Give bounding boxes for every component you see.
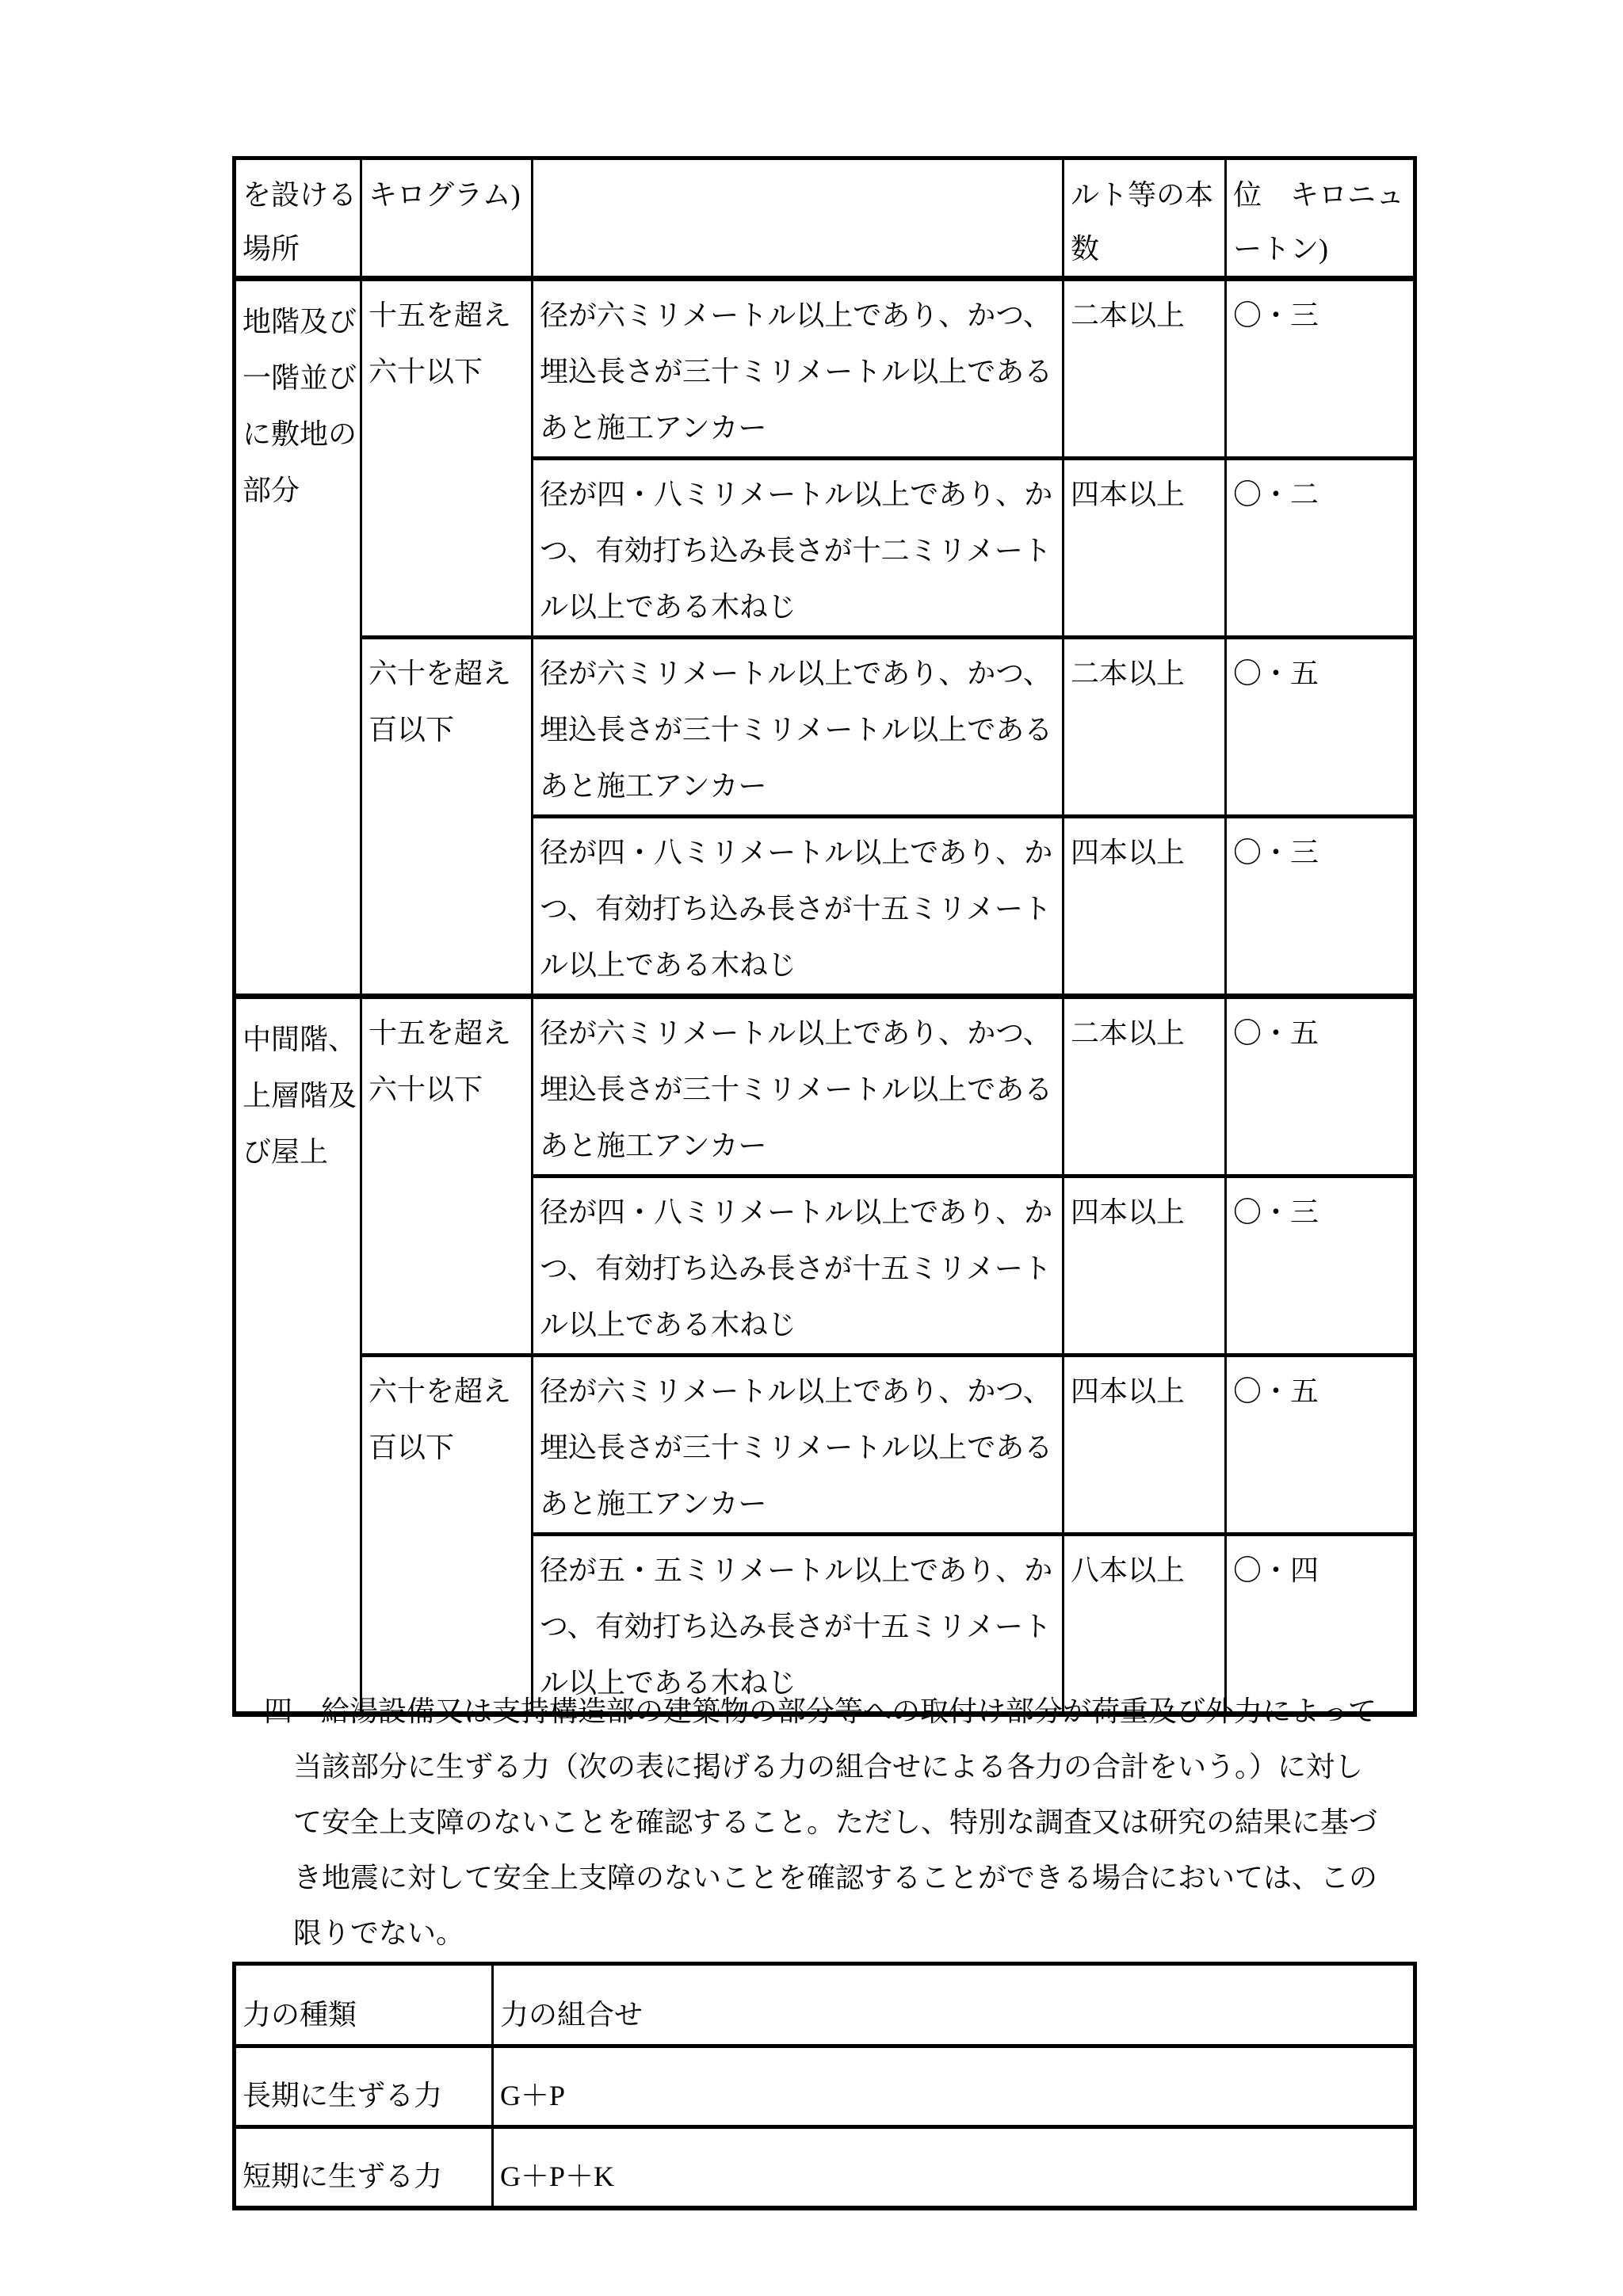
table-row: 短期に生ずる力 G＋P＋K <box>235 2127 1415 2208</box>
table-row: 中間階、 上層階及 び屋上 十五を超え 六十以下 径が六ミリメートル以上であり、… <box>235 997 1415 1177</box>
fixing-cell: 径が六ミリメートル以上であり、かつ、 埋込長さが三十ミリメートル以上である あと… <box>533 638 1064 817</box>
table-row: 六十を超え 百以下 径が六ミリメートル以上であり、かつ、 埋込長さが三十ミリメー… <box>235 638 1415 817</box>
item-4-paragraph: 四 給湯設備又は支持構造部の建築物の部分等への取付け部分が荷重及び外力によって … <box>264 1684 1429 1961</box>
header-mass: キログラム) <box>361 158 533 279</box>
table-row: 六十を超え 百以下 径が六ミリメートル以上であり、かつ、 埋込長さが三十ミリメー… <box>235 1356 1415 1535</box>
force-type-cell: 長期に生ずる力 <box>235 2046 493 2127</box>
fixing-cell: 径が四・八ミリメートル以上であり、か つ、有効打ち込み長さが十二ミリメート ル以… <box>533 459 1064 638</box>
header-force-type: 力の種類 <box>235 1964 493 2046</box>
force-combination-cell: G＋P＋K <box>493 2127 1415 2208</box>
bolt-count-cell: 四本以上 <box>1064 1356 1226 1535</box>
mass-cell: 十五を超え 六十以下 <box>361 997 533 1356</box>
table-row: 地階及び 一階並び に敷地の 部分 十五を超え 六十以下 径が六ミリメートル以上… <box>235 279 1415 459</box>
anchor-spec-table: を設ける 場所 キログラム) ルト等の本 数 位 キロニュ ートン) 地階及び … <box>232 156 1417 1717</box>
anchor-spec-header-row: を設ける 場所 キログラム) ルト等の本 数 位 キロニュ ートン) <box>235 158 1415 279</box>
bolt-count-cell: 四本以上 <box>1064 1177 1226 1356</box>
strength-cell: 〇・五 <box>1226 997 1415 1177</box>
document-page: を設ける 場所 キログラム) ルト等の本 数 位 キロニュ ートン) 地階及び … <box>0 0 1623 2296</box>
paragraph-line: き地震に対して安全上支障のないことを確認することができる場合においては、この <box>293 1850 1429 1905</box>
mass-cell: 六十を超え 百以下 <box>361 1356 533 1714</box>
fixing-cell: 径が六ミリメートル以上であり、かつ、 埋込長さが三十ミリメートル以上である あと… <box>533 279 1064 459</box>
header-place: を設ける 場所 <box>235 158 361 279</box>
force-table-header-row: 力の種類 力の組合せ <box>235 1964 1415 2046</box>
fixing-cell: 径が四・八ミリメートル以上であり、か つ、有効打ち込み長さが十五ミリメート ル以… <box>533 1177 1064 1356</box>
strength-cell: 〇・三 <box>1226 1177 1415 1356</box>
bolt-count-cell: 二本以上 <box>1064 279 1226 459</box>
bolt-count-cell: 二本以上 <box>1064 997 1226 1177</box>
paragraph-line: 当該部分に生ずる力（次の表に掲げる力の組合せによる各力の合計をいう。）に対し <box>293 1739 1429 1794</box>
table-row: 長期に生ずる力 G＋P <box>235 2046 1415 2127</box>
fixing-cell: 径が六ミリメートル以上であり、かつ、 埋込長さが三十ミリメートル以上である あと… <box>533 1356 1064 1535</box>
header-force-combination: 力の組合せ <box>493 1964 1415 2046</box>
paragraph-line: 四 給湯設備又は支持構造部の建築物の部分等への取付け部分が荷重及び外力によって <box>264 1684 1429 1739</box>
header-fixing <box>533 158 1064 279</box>
mass-cell: 六十を超え 百以下 <box>361 638 533 997</box>
strength-cell: 〇・二 <box>1226 459 1415 638</box>
force-combination-table: 力の種類 力の組合せ 長期に生ずる力 G＋P 短期に生ずる力 G＋P＋K <box>232 1962 1417 2210</box>
force-type-cell: 短期に生ずる力 <box>235 2127 493 2208</box>
paragraph-line: て安全上支障のないことを確認すること。ただし、特別な調査又は研究の結果に基づ <box>293 1794 1429 1850</box>
strength-cell: 〇・三 <box>1226 817 1415 997</box>
place-cell-upper-floors: 中間階、 上層階及 び屋上 <box>235 997 361 1714</box>
header-bolt-count: ルト等の本 数 <box>1064 158 1226 279</box>
bolt-count-cell: 四本以上 <box>1064 459 1226 638</box>
header-strength: 位 キロニュ ートン) <box>1226 158 1415 279</box>
strength-cell: 〇・五 <box>1226 638 1415 817</box>
mass-cell: 十五を超え 六十以下 <box>361 279 533 638</box>
fixing-cell: 径が六ミリメートル以上であり、かつ、 埋込長さが三十ミリメートル以上である あと… <box>533 997 1064 1177</box>
bolt-count-cell: 二本以上 <box>1064 638 1226 817</box>
strength-cell: 〇・三 <box>1226 279 1415 459</box>
force-combination-cell: G＋P <box>493 2046 1415 2127</box>
fixing-cell: 径が四・八ミリメートル以上であり、か つ、有効打ち込み長さが十五ミリメート ル以… <box>533 817 1064 997</box>
paragraph-line: 限りでない。 <box>293 1905 1429 1961</box>
bolt-count-cell: 四本以上 <box>1064 817 1226 997</box>
place-cell-basement: 地階及び 一階並び に敷地の 部分 <box>235 279 361 997</box>
strength-cell: 〇・五 <box>1226 1356 1415 1535</box>
